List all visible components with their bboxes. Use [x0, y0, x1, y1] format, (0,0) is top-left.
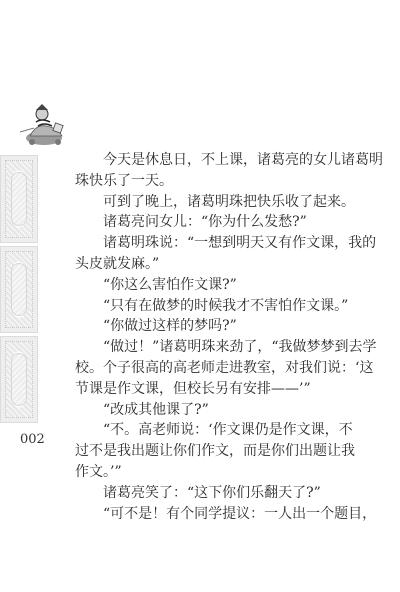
text-line: “改成其他课了?”: [75, 400, 355, 421]
text-line: 今天是休息日，不上课，诸葛亮的女儿诸葛明: [75, 150, 355, 171]
text-line: 作文。’”: [75, 462, 355, 483]
decorative-panel: [0, 336, 38, 423]
text-line: “只有在做梦的时候我才不害怕作文课。”: [75, 296, 355, 317]
text-line: “你这么害怕作文课?”: [75, 275, 355, 296]
text-line: 过不是我出题让你们作文，而是你们出题让我: [75, 441, 355, 462]
decorative-panel: [0, 155, 38, 243]
text-line: 珠快乐了一天。: [75, 171, 355, 192]
text-line: “做过！”诸葛明珠来劲了，“我做梦梦到去学: [75, 337, 355, 358]
text-line: 头皮就发麻。”: [75, 254, 355, 275]
text-line: 诸葛亮问女儿：“你为什么发愁?”: [75, 212, 355, 233]
text-line: 可到了晚上，诸葛明珠把快乐收了起来。: [75, 192, 355, 213]
body-text: 今天是休息日，不上课，诸葛亮的女儿诸葛明 珠快乐了一天。 可到了晚上，诸葛明珠把…: [75, 150, 355, 524]
text-line: 诸葛亮笑了：“这下你们乐翻天了?”: [75, 483, 355, 504]
text-line: “不。高老师说：‘作文课仍是作文课，不: [75, 420, 355, 441]
text-line: 诸葛明珠说：“一想到明天又有作文课，我的: [75, 233, 355, 254]
text-line: 校。个子很高的高老师走进教室，对我们说：‘这: [75, 358, 355, 379]
text-line: 节课是作文课，但校长另有安排——’”: [75, 379, 355, 400]
text-line: “你做过这样的梦吗?”: [75, 316, 355, 337]
text-line: “可不是！有个同学提议：一人出一个题目，: [75, 504, 355, 525]
page-number: 002: [20, 432, 45, 447]
decorative-panel: [0, 246, 38, 333]
cartoon-illustration: [16, 100, 72, 148]
